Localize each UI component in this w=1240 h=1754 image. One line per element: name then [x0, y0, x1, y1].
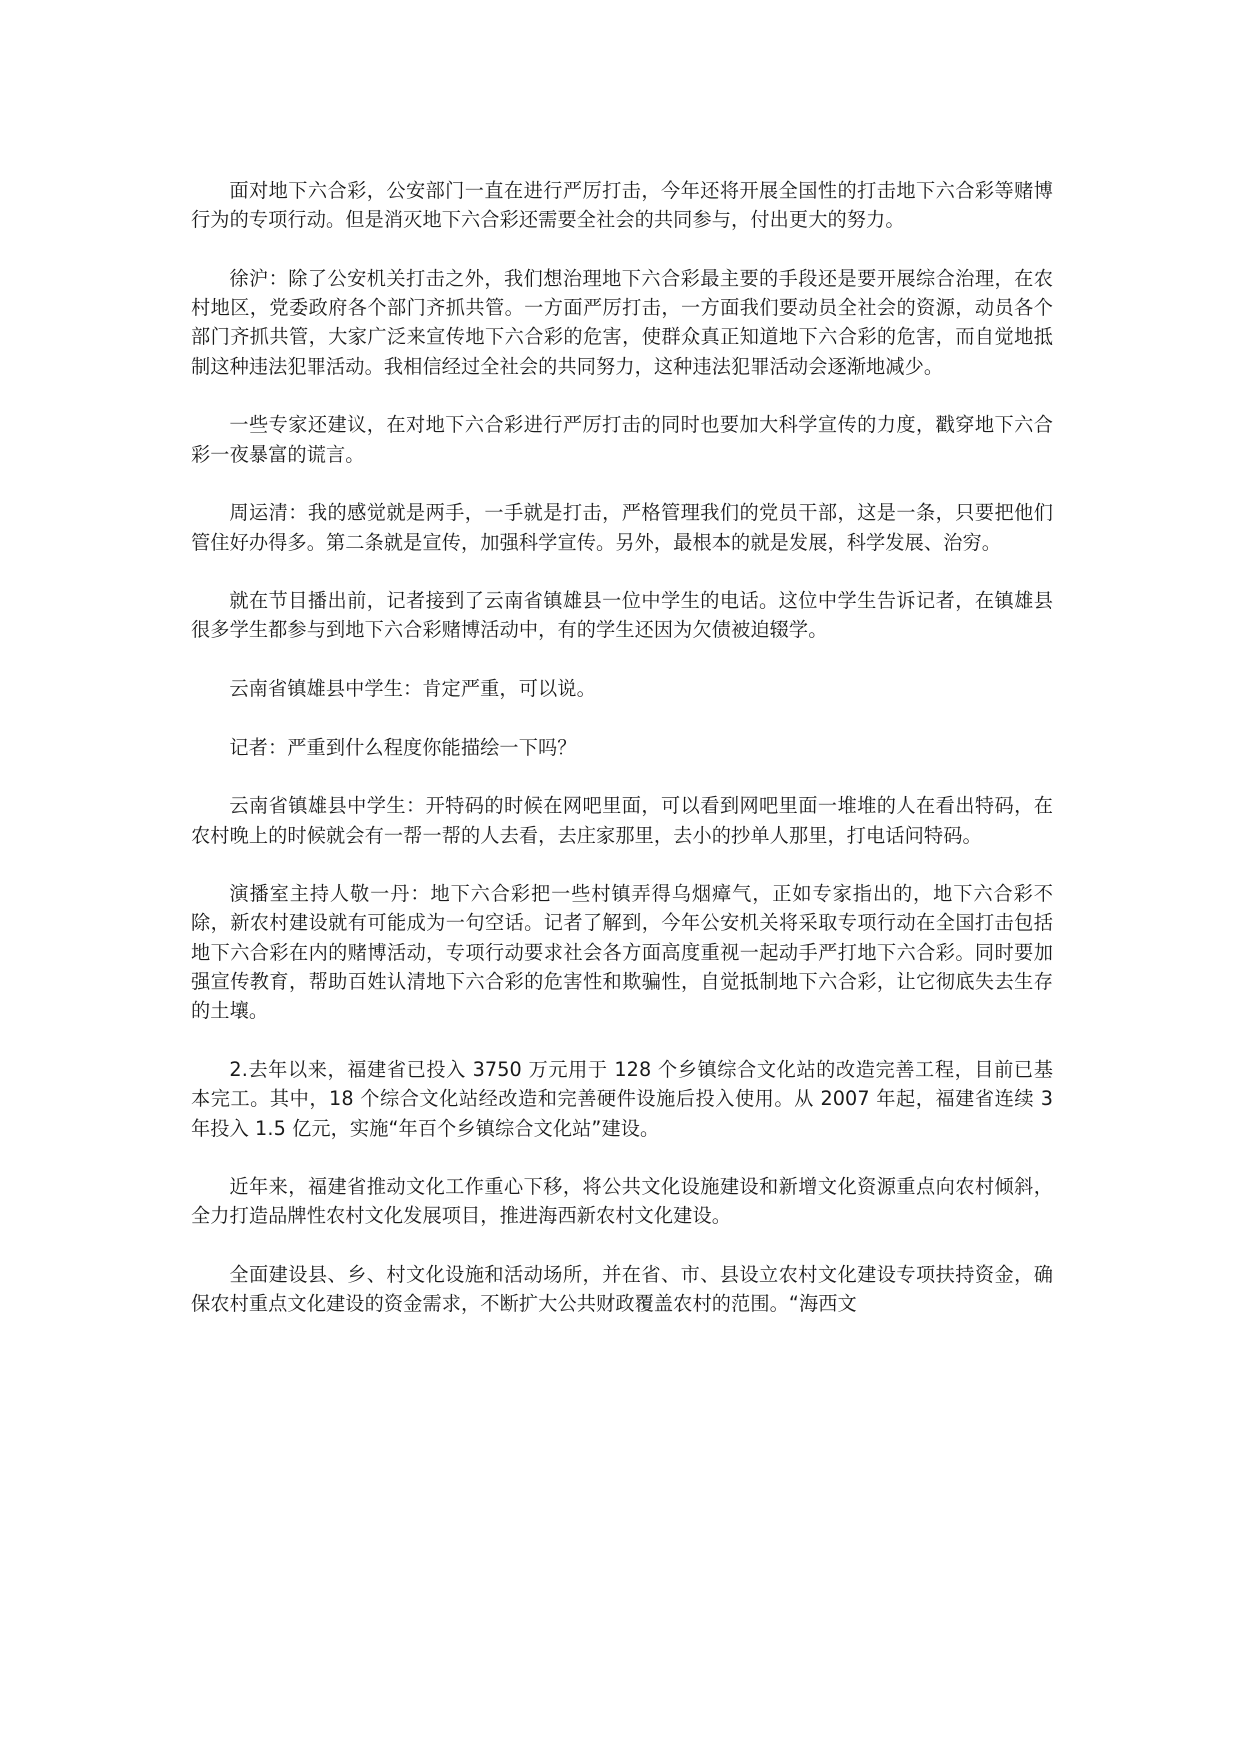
paragraph-host-summary: 演播室主持人敬一丹：地下六合彩把一些村镇弄得乌烟瘴气，正如专家指出的，地下六合彩… — [191, 879, 1053, 1025]
paragraph-crackdown-intro: 面对地下六合彩，公安部门一直在进行严厉打击，今年还将开展全国性的打击地下六合彩等… — [191, 176, 1053, 235]
paragraph-experts-suggestion: 一些专家还建议，在对地下六合彩进行严厉打击的同时也要加大科学宣传的力度，戳穿地下… — [191, 410, 1053, 469]
paragraph-student-reply-2: 云南省镇雄县中学生：开特码的时候在网吧里面，可以看到网吧里面一堆堆的人在看出特码… — [191, 791, 1053, 850]
paragraph-facilities-construction: 全面建设县、乡、村文化设施和活动场所，并在省、市、县设立农村文化建设专项扶持资金… — [191, 1260, 1053, 1319]
paragraph-reporter-question: 记者：严重到什么程度你能描绘一下吗？ — [191, 733, 1053, 762]
paragraph-xu-hu-quote: 徐沪：除了公安机关打击之外，我们想治理地下六合彩最主要的手段还是要开展综合治理，… — [191, 264, 1053, 381]
paragraph-fujian-culture-shift: 近年来，福建省推动文化工作重心下移，将公共文化设施建设和新增文化资源重点向农村倾… — [191, 1172, 1053, 1231]
document-page: 面对地下六合彩，公安部门一直在进行严厉打击，今年还将开展全国性的打击地下六合彩等… — [191, 176, 1053, 1348]
paragraph-student-reply-1: 云南省镇雄县中学生：肯定严重，可以说。 — [191, 674, 1053, 703]
paragraph-student-call: 就在节目播出前，记者接到了云南省镇雄县一位中学生的电话。这位中学生告诉记者，在镇… — [191, 586, 1053, 645]
paragraph-fujian-investment: 2.去年以来，福建省已投入 3750 万元用于 128 个乡镇综合文化站的改造完… — [191, 1055, 1053, 1143]
paragraph-zhou-yunqing-quote: 周运清：我的感觉就是两手，一手就是打击，严格管理我们的党员干部，这是一条，只要把… — [191, 498, 1053, 557]
